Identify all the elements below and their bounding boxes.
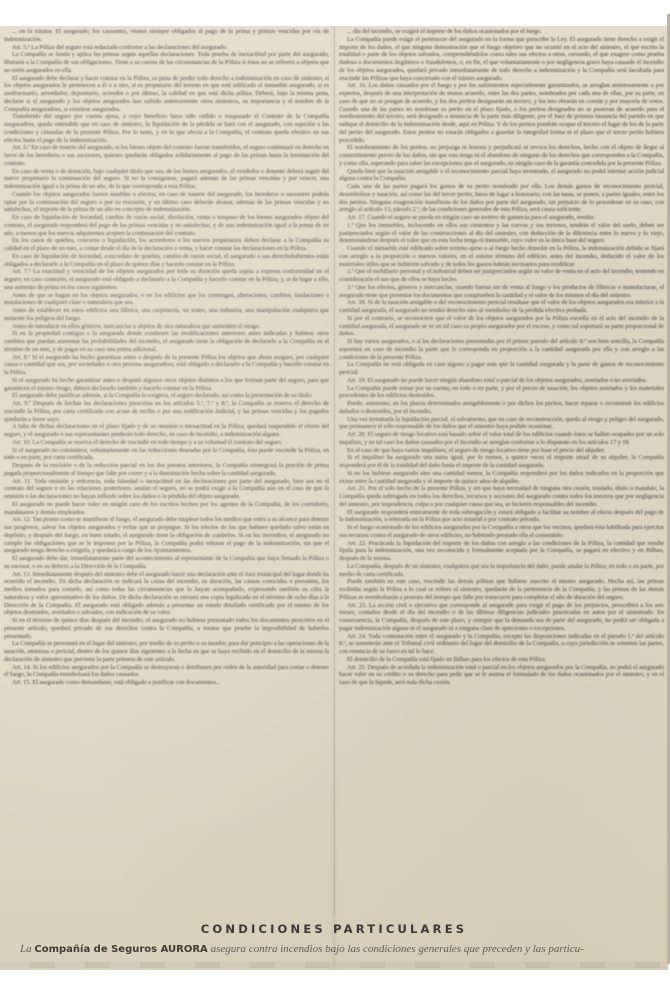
article-paragraph: En caso de liquidación de Sociedad, camb… [4, 214, 329, 237]
article-paragraph: Antes de que se hagan en los objetos ase… [4, 292, 329, 308]
article-paragraph: En el caso de que haya varios inquilinos… [339, 447, 664, 455]
article-paragraph: Si el inquilino ha asegurado una suma ig… [339, 454, 664, 470]
article-paragraph: La Compañía puede exigir el pertenecer d… [339, 36, 664, 83]
closing-line: La Compañía de Seguros AURORA asegura co… [20, 943, 660, 955]
article-paragraph: Art. 23. La acción civil o ejecutiva que… [339, 602, 664, 633]
article-paragraph: Cuando el inmueble esté edificado sobre … [339, 245, 664, 268]
closing-text: asegura contra incendios bajo las condic… [211, 943, 584, 955]
article-paragraph: Si el asegurado ha hecho garantizar ante… [4, 377, 329, 393]
article-paragraph: Transferido del seguro por cuenta ajena,… [4, 113, 329, 144]
article-paragraph: El asegurado debe dar, inmediatamente pa… [4, 555, 329, 571]
article-paragraph: El asegurado debe declarar y hacer const… [4, 75, 329, 114]
article-paragraph: Si el asegurado no consintiera, voluntar… [4, 447, 329, 463]
article-paragraph: Si no los hubiese asegurado sino una can… [339, 470, 664, 486]
article-paragraph: Art. 21. Por el solo hecho de la present… [339, 485, 664, 508]
article-paragraph: Si en el término de quince días después … [4, 617, 329, 640]
article-paragraph: El nombramiento de los peritos, no preju… [339, 144, 664, 167]
article-paragraph: Art. 16. Los daños causados por el fuego… [339, 82, 664, 144]
article-paragraph: Art. 8.º Si el asegurado ha hecho garant… [4, 354, 329, 377]
article-paragraph: Art. 18. Si de la tasación amigable o de… [339, 299, 664, 315]
article-paragraph: Puede también en este caso, rescindir la… [339, 578, 664, 601]
article-paragraph: La Compañía puede tomar por su cuenta, e… [339, 385, 664, 401]
article-paragraph: Después de la rescisión o de la reducció… [4, 462, 329, 478]
article-paragraph: 2.º Que el mobiliario personal y el indu… [339, 268, 664, 284]
article-paragraph: Art. 17. Cuando el seguro se pueda en ni… [339, 214, 664, 222]
torn-edge-line [0, 962, 668, 968]
article-paragraph: La Compañía se funda y aplica las primas… [4, 51, 329, 74]
section-heading: CONDICIONES PARTICULARES [0, 922, 668, 936]
article-paragraph: Art. 6.º En caso de muerte del asegurado… [4, 144, 329, 167]
article-paragraph: Art. 15. El asegurado como demandante, e… [4, 679, 329, 687]
column-divider [334, 26, 335, 916]
article-paragraph: Art. 13. Inmediatamente después del sini… [4, 571, 329, 618]
article-paragraph: Antes de introducir en ellos géneros, me… [4, 323, 329, 331]
article-paragraph: La Compañía, después de un siniestro, cu… [339, 563, 664, 579]
article-paragraph: Si el fuego ocasionado de los edificios … [339, 524, 664, 540]
article-paragraph: Si en la propiedad contigua o la asegura… [4, 330, 329, 353]
article-paragraph: Art. 9.º Después de hechas las declaraci… [4, 400, 329, 423]
article-paragraph: ... en la misma. El asegurado, los causa… [4, 28, 329, 44]
article-paragraph: El asegurado debe justificar además, si … [4, 392, 329, 400]
article-paragraph: El asegurado no puede hacer valer en nin… [4, 501, 329, 517]
company-name: Compañía de Seguros AURORA [34, 944, 207, 955]
article-paragraph: Art. 22. Practicada la liquidación del i… [339, 540, 664, 563]
article-paragraph: Art. 25. Después de acordada la indemniz… [339, 664, 664, 687]
article-paragraph: Art. 7.º La exactitud y veracidad de los… [4, 268, 329, 291]
scanned-document-page: ... en la misma. El asegurado, los causa… [0, 26, 668, 970]
article-paragraph: 3.º Que los efectos, géneros y mercancía… [339, 284, 664, 300]
article-paragraph: El asegurado responderá enteramente de t… [339, 509, 664, 525]
article-paragraph: Art. 14. Si los edificios asegurados por… [4, 664, 329, 680]
article-paragraph: Art. 11. Toda omisión y reticencia, toda… [4, 478, 329, 501]
closing-prefix: La [20, 943, 32, 955]
article-paragraph: Art. 19. El asegurado no puede hacer nin… [339, 377, 664, 385]
article-paragraph: Art. 24. Toda contestación entre el aseg… [339, 633, 664, 656]
article-paragraph: Si hay varios asegurados, o si las decla… [339, 338, 664, 361]
article-paragraph: La Compañía se personará en el lugar del… [4, 640, 329, 663]
article-paragraph: Si por el contrario, se reconociere que … [339, 315, 664, 338]
article-paragraph: En caso de venta o de donación, bajo cua… [4, 168, 329, 191]
article-paragraph: Art. 20. El seguro de riesgo locativo es… [339, 431, 664, 447]
right-column: ... día del incendio, se exigirá el impo… [339, 28, 664, 908]
article-paragraph: 1.º Que los inmuebles, incluyendo en ell… [339, 222, 664, 245]
article-paragraph: Una vez terminada la liquidación parcial… [339, 416, 664, 432]
article-paragraph: La Compañía no está obligada en caso alg… [339, 361, 664, 377]
article-paragraph: ... día del incendio, se exigirá el impo… [339, 28, 664, 36]
article-paragraph: Art. 12. Tan pronto como se manifieste e… [4, 516, 329, 555]
article-paragraph: Queda bien que la tasación amigable o el… [339, 168, 664, 184]
left-column: ... en la misma. El asegurado, los causa… [4, 28, 329, 908]
article-paragraph: Art. 5.º La Póliza del seguro está redac… [4, 44, 329, 52]
article-paragraph: Cada una de las partes pagará los gastos… [339, 183, 664, 214]
article-paragraph: Puede, asimismo, en los plazos determina… [339, 400, 664, 416]
article-paragraph: Cuando los objetos asegurados fueren mue… [4, 191, 329, 214]
article-paragraph: En los casos de quiebra, concurso o liqu… [4, 237, 329, 253]
article-paragraph: El domicilio de la Compañía está fijado … [339, 656, 664, 664]
article-paragraph: En caso de liquidación de Sociedad, conc… [4, 253, 329, 269]
article-paragraph: A falta de dichas declaraciones en el pl… [4, 423, 329, 439]
article-paragraph: Art. 10. La Compañía se reserva el derec… [4, 439, 329, 447]
article-paragraph: Antes de establecer en estos edificios u… [4, 307, 329, 323]
